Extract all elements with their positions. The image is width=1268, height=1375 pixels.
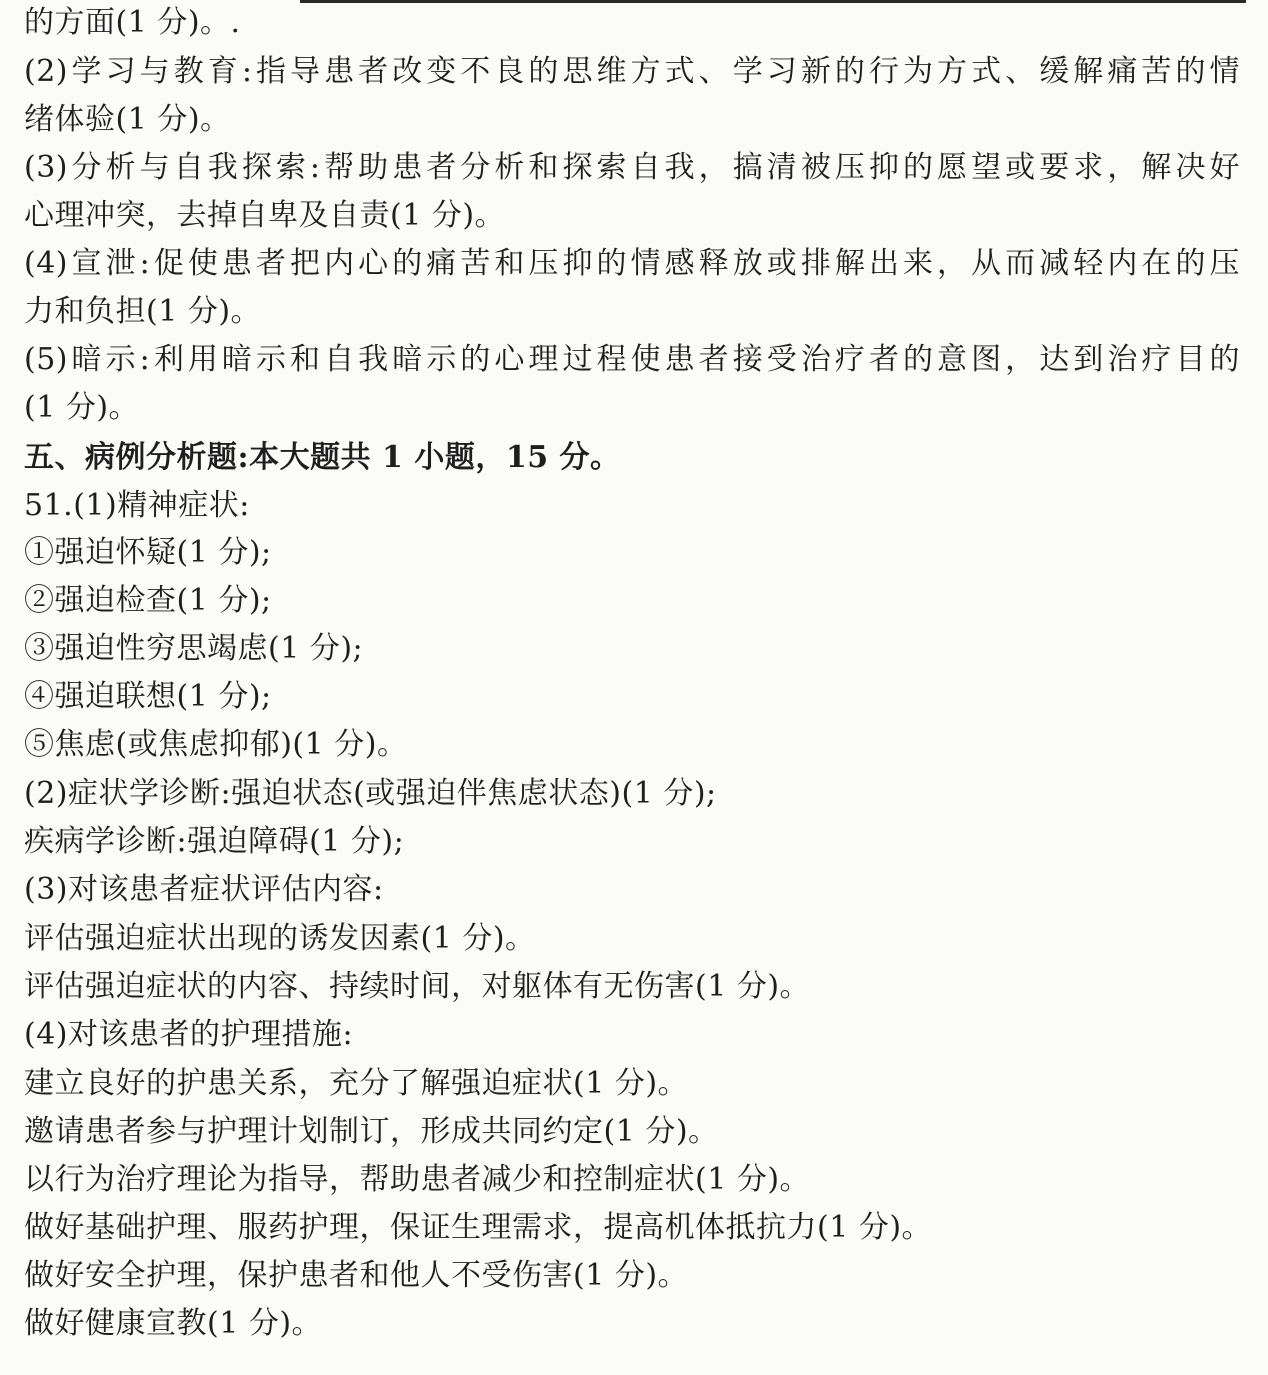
text-line: 力和负担(1 分)。 (24, 294, 261, 330)
text-line: (1 分)。 (24, 390, 139, 426)
section-heading: 五、病例分析题:本大题共 1 小题，15 分。 (24, 440, 621, 476)
question-heading: 51.(1)精神症状: (24, 488, 250, 524)
list-item: ⑤焦虑(或焦虑抑郁)(1 分)。 (24, 727, 407, 763)
text-line: 评估强迫症状出现的诱发因素(1 分)。 (24, 921, 536, 957)
list-item: ④强迫联想(1 分); (24, 679, 272, 715)
text-line: (2)症状学诊断:强迫状态(或强迫伴焦虑状态)(1 分); (24, 776, 717, 812)
text-line: 以行为治疗理论为指导，帮助患者减少和控制症状(1 分)。 (24, 1162, 810, 1198)
text-line: 疾病学诊断:强迫障碍(1 分); (24, 824, 404, 860)
text-line: 的方面(1 分)。. (24, 5, 241, 41)
top-rule-divider (300, 0, 1246, 3)
text-line: 邀请患者参与护理计划制订，形成共同约定(1 分)。 (24, 1114, 719, 1150)
text-line: (2)学习与教育:指导患者改变不良的思维方式、学习新的行为方式、缓解痛苦的情 (24, 54, 1240, 90)
list-item: ①强迫怀疑(1 分); (24, 535, 272, 571)
list-item: ③强迫性穷思竭虑(1 分); (24, 631, 363, 667)
text-line: 做好安全护理，保护患者和他人不受伤害(1 分)。 (24, 1258, 688, 1294)
text-line: 做好基础护理、服药护理，保证生理需求，提高机体抵抗力(1 分)。 (24, 1210, 932, 1246)
text-line: (5)暗示:利用暗示和自我暗示的心理过程使患者接受治疗者的意图，达到治疗目的 (24, 342, 1240, 378)
text-line: 建立良好的护患关系，充分了解强迫症状(1 分)。 (24, 1066, 688, 1102)
text-line: 评估强迫症状的内容、持续时间，对躯体有无伤害(1 分)。 (24, 969, 810, 1005)
list-item: ②强迫检查(1 分); (24, 583, 272, 619)
text-line: 心理冲突，去掉自卑及自责(1 分)。 (24, 198, 505, 234)
text-line: (3)分析与自我探索:帮助患者分析和探索自我，搞清被压抑的愿望或要求，解决好 (24, 150, 1240, 186)
subsection-heading: (4)对该患者的护理措施: (24, 1017, 353, 1053)
text-line: (4)宣泄:促使患者把内心的痛苦和压抑的情感释放或排解出来，从而减轻内在的压 (24, 246, 1240, 282)
text-line: 绪体验(1 分)。 (24, 102, 231, 138)
text-line: 做好健康宣教(1 分)。 (24, 1306, 322, 1342)
subsection-heading: (3)对该患者症状评估内容: (24, 872, 384, 908)
